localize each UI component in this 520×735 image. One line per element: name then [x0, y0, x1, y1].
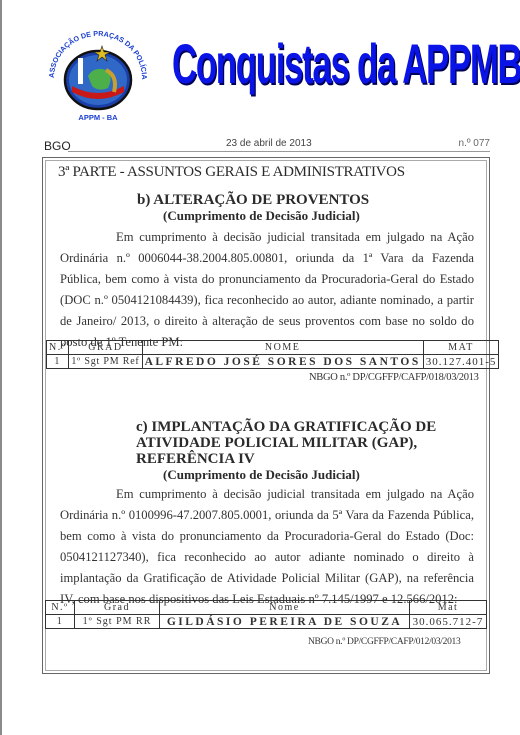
section-b-title: b) ALTERAÇÃO DE PROVENTOS: [137, 192, 369, 208]
table-row: 1 1º Sgt PM Ref ALFREDO JOSÉ SORES DOS S…: [47, 355, 499, 369]
col-header-num: N.º: [46, 601, 75, 615]
cell-num: 1: [47, 355, 69, 369]
cell-grad: 1º Sgt PM Ref: [69, 355, 142, 369]
section-c-title-line-3: REFERÊNCIA IV: [136, 451, 255, 467]
col-header-mat: MAT: [423, 341, 499, 355]
cell-nome: GILDÁSIO PEREIRA DE SOUZA: [160, 615, 410, 629]
table-header-row: N.º Grad Nome Mat: [46, 601, 487, 615]
col-header-grad: GRAD: [69, 341, 142, 355]
bulletin-number: n.º 077: [459, 138, 490, 149]
section-c-table: N.º Grad Nome Mat 1 1º Sgt PM RR GILDÁSI…: [45, 600, 487, 629]
section-c-title-line-2: ATIVIDADE POLICIAL MILITAR (GAP),: [136, 435, 417, 451]
table-row: 1 1º Sgt PM RR GILDÁSIO PEREIRA DE SOUZA…: [46, 615, 487, 629]
section-c-subtitle: (Cumprimento de Decisão Judicial): [163, 467, 360, 483]
bulletin-date: 23 de abril de 2013: [226, 138, 312, 149]
section-b-table: N.º GRAD NOME MAT 1 1º Sgt PM Ref ALFRED…: [46, 340, 499, 369]
logo-caption: APPM - BA: [78, 113, 118, 122]
section-b-reference: NBGO n.º DP/CGFFP/CAFP/018/03/2013: [309, 372, 479, 383]
cell-mat: 30.127.401-5: [423, 355, 499, 369]
col-header-nome: Nome: [160, 601, 410, 615]
col-header-num: N.º: [47, 341, 69, 355]
col-header-mat: Mat: [410, 601, 487, 615]
section-c-reference: NBGO n.º DP/CGFFP/CAFP/012/03/2013: [308, 637, 460, 647]
section-c-text: Em cumprimento à decisão judicial transi…: [60, 484, 474, 610]
cell-mat: 30.065.712-7: [410, 615, 487, 629]
appm-ba-logo-icon: ASSOCIAÇÃO DE PRAÇAS DA POLÍCIA MILITAR …: [44, 26, 152, 122]
col-header-nome: NOME: [142, 341, 423, 355]
section-c-title-line-1: c) IMPLANTAÇÃO DA GRATIFICAÇÃO DE: [136, 419, 436, 435]
part-title: 3ª PARTE - ASSUNTOS GERAIS E ADMINISTRAT…: [58, 164, 405, 181]
cell-grad: 1º Sgt PM RR: [75, 615, 160, 629]
table-header-row: N.º GRAD NOME MAT: [47, 341, 499, 355]
cell-num: 1: [46, 615, 75, 629]
page-edge: [0, 0, 2, 735]
bulletin-header: BGO 23 de abril de 2013 n.º 077: [44, 137, 490, 153]
section-b-subtitle: (Cumprimento de Decisão Judicial): [163, 208, 360, 224]
cell-nome: ALFREDO JOSÉ SORES DOS SANTOS: [142, 355, 423, 369]
section-c-paragraph: Em cumprimento à decisão judicial transi…: [60, 484, 474, 610]
bulletin-label: BGO: [44, 139, 71, 153]
brand-title: Conquistas da APPMBA: [172, 36, 520, 92]
col-header-grad: Grad: [75, 601, 160, 615]
header-rule: [68, 151, 490, 152]
section-b-text: Em cumprimento à decisão judicial transi…: [60, 227, 474, 353]
section-b-paragraph: Em cumprimento à decisão judicial transi…: [60, 227, 474, 353]
